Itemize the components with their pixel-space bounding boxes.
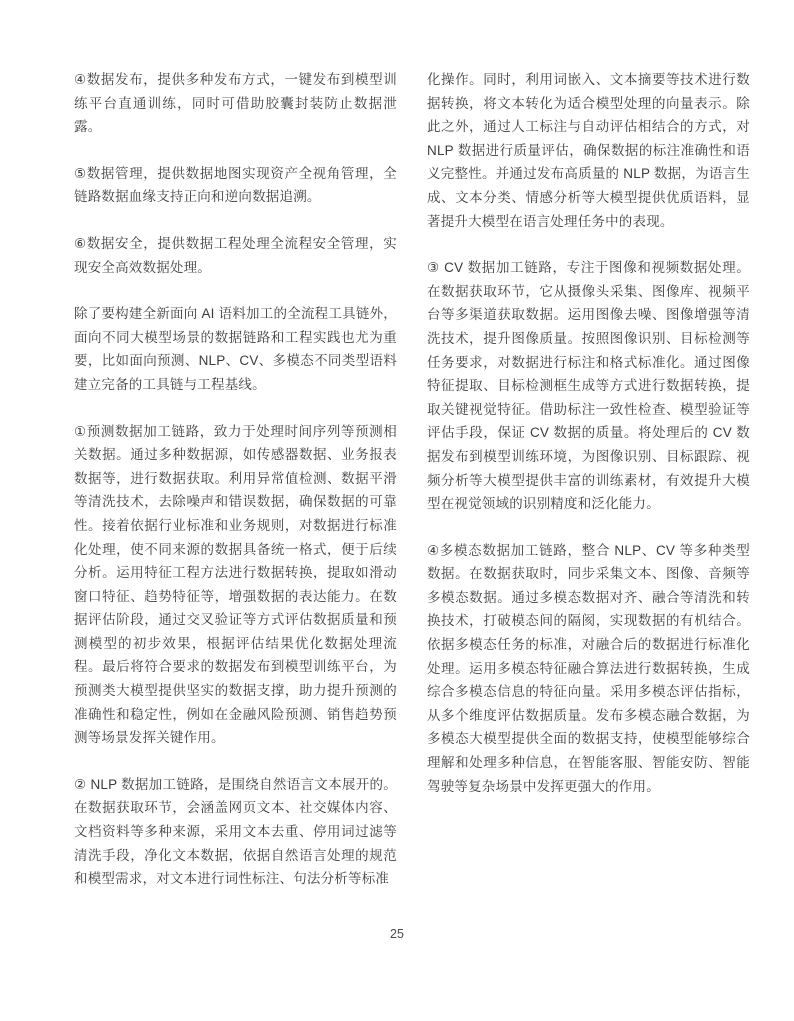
page-number: 25 (0, 927, 794, 941)
paragraph-cv-pipeline: ③ CV 数据加工链路，专注于图像和视频数据处理。在数据获取环节，它从摄像头采集… (427, 256, 750, 516)
paragraph-data-management: ⑤数据管理，提供数据地图实现资产全视角管理，全链路数据血缘支持正向和逆向数据追溯… (74, 162, 397, 209)
left-column: ④数据发布，提供多种发布方式，一键发布到模型训练平台直通训练，同时可借助胶囊封装… (74, 68, 397, 891)
right-column: 化操作。同时，利用词嵌入、文本摘要等技术进行数据转换，将文本转化为适合模型处理的… (427, 68, 750, 891)
paragraph-toolchain-intro: 除了要构建全新面向 AI 语料加工的全流程工具链外，面向不同大模型场景的数据链路… (74, 302, 397, 396)
paragraph-nlp-pipeline-continued: 化操作。同时，利用词嵌入、文本摘要等技术进行数据转换，将文本转化为适合模型处理的… (427, 68, 750, 233)
paragraph-multimodal-pipeline: ④多模态数据加工链路，整合 NLP、CV 等多种类型数据。在数据获取时，同步采集… (427, 539, 750, 799)
paragraph-data-publish: ④数据发布，提供多种发布方式，一键发布到模型训练平台直通训练，同时可借助胶囊封装… (74, 68, 397, 139)
two-column-text-layout: ④数据发布，提供多种发布方式，一键发布到模型训练平台直通训练，同时可借助胶囊封装… (74, 68, 750, 891)
paragraph-prediction-pipeline: ①预测数据加工链路，致力于处理时间序列等预测相关数据。通过多种数据源，如传感器数… (74, 420, 397, 750)
paragraph-data-security: ⑥数据安全，提供数据工程处理全流程安全管理，实现安全高效数据处理。 (74, 232, 397, 279)
paragraph-nlp-pipeline-start: ② NLP 数据加工链路，是围绕自然语言文本展开的。在数据获取环节，会涵盖网页文… (74, 773, 397, 891)
document-page: ④数据发布，提供多种发布方式，一键发布到模型训练平台直通训练，同时可借助胶囊封装… (0, 0, 794, 1021)
